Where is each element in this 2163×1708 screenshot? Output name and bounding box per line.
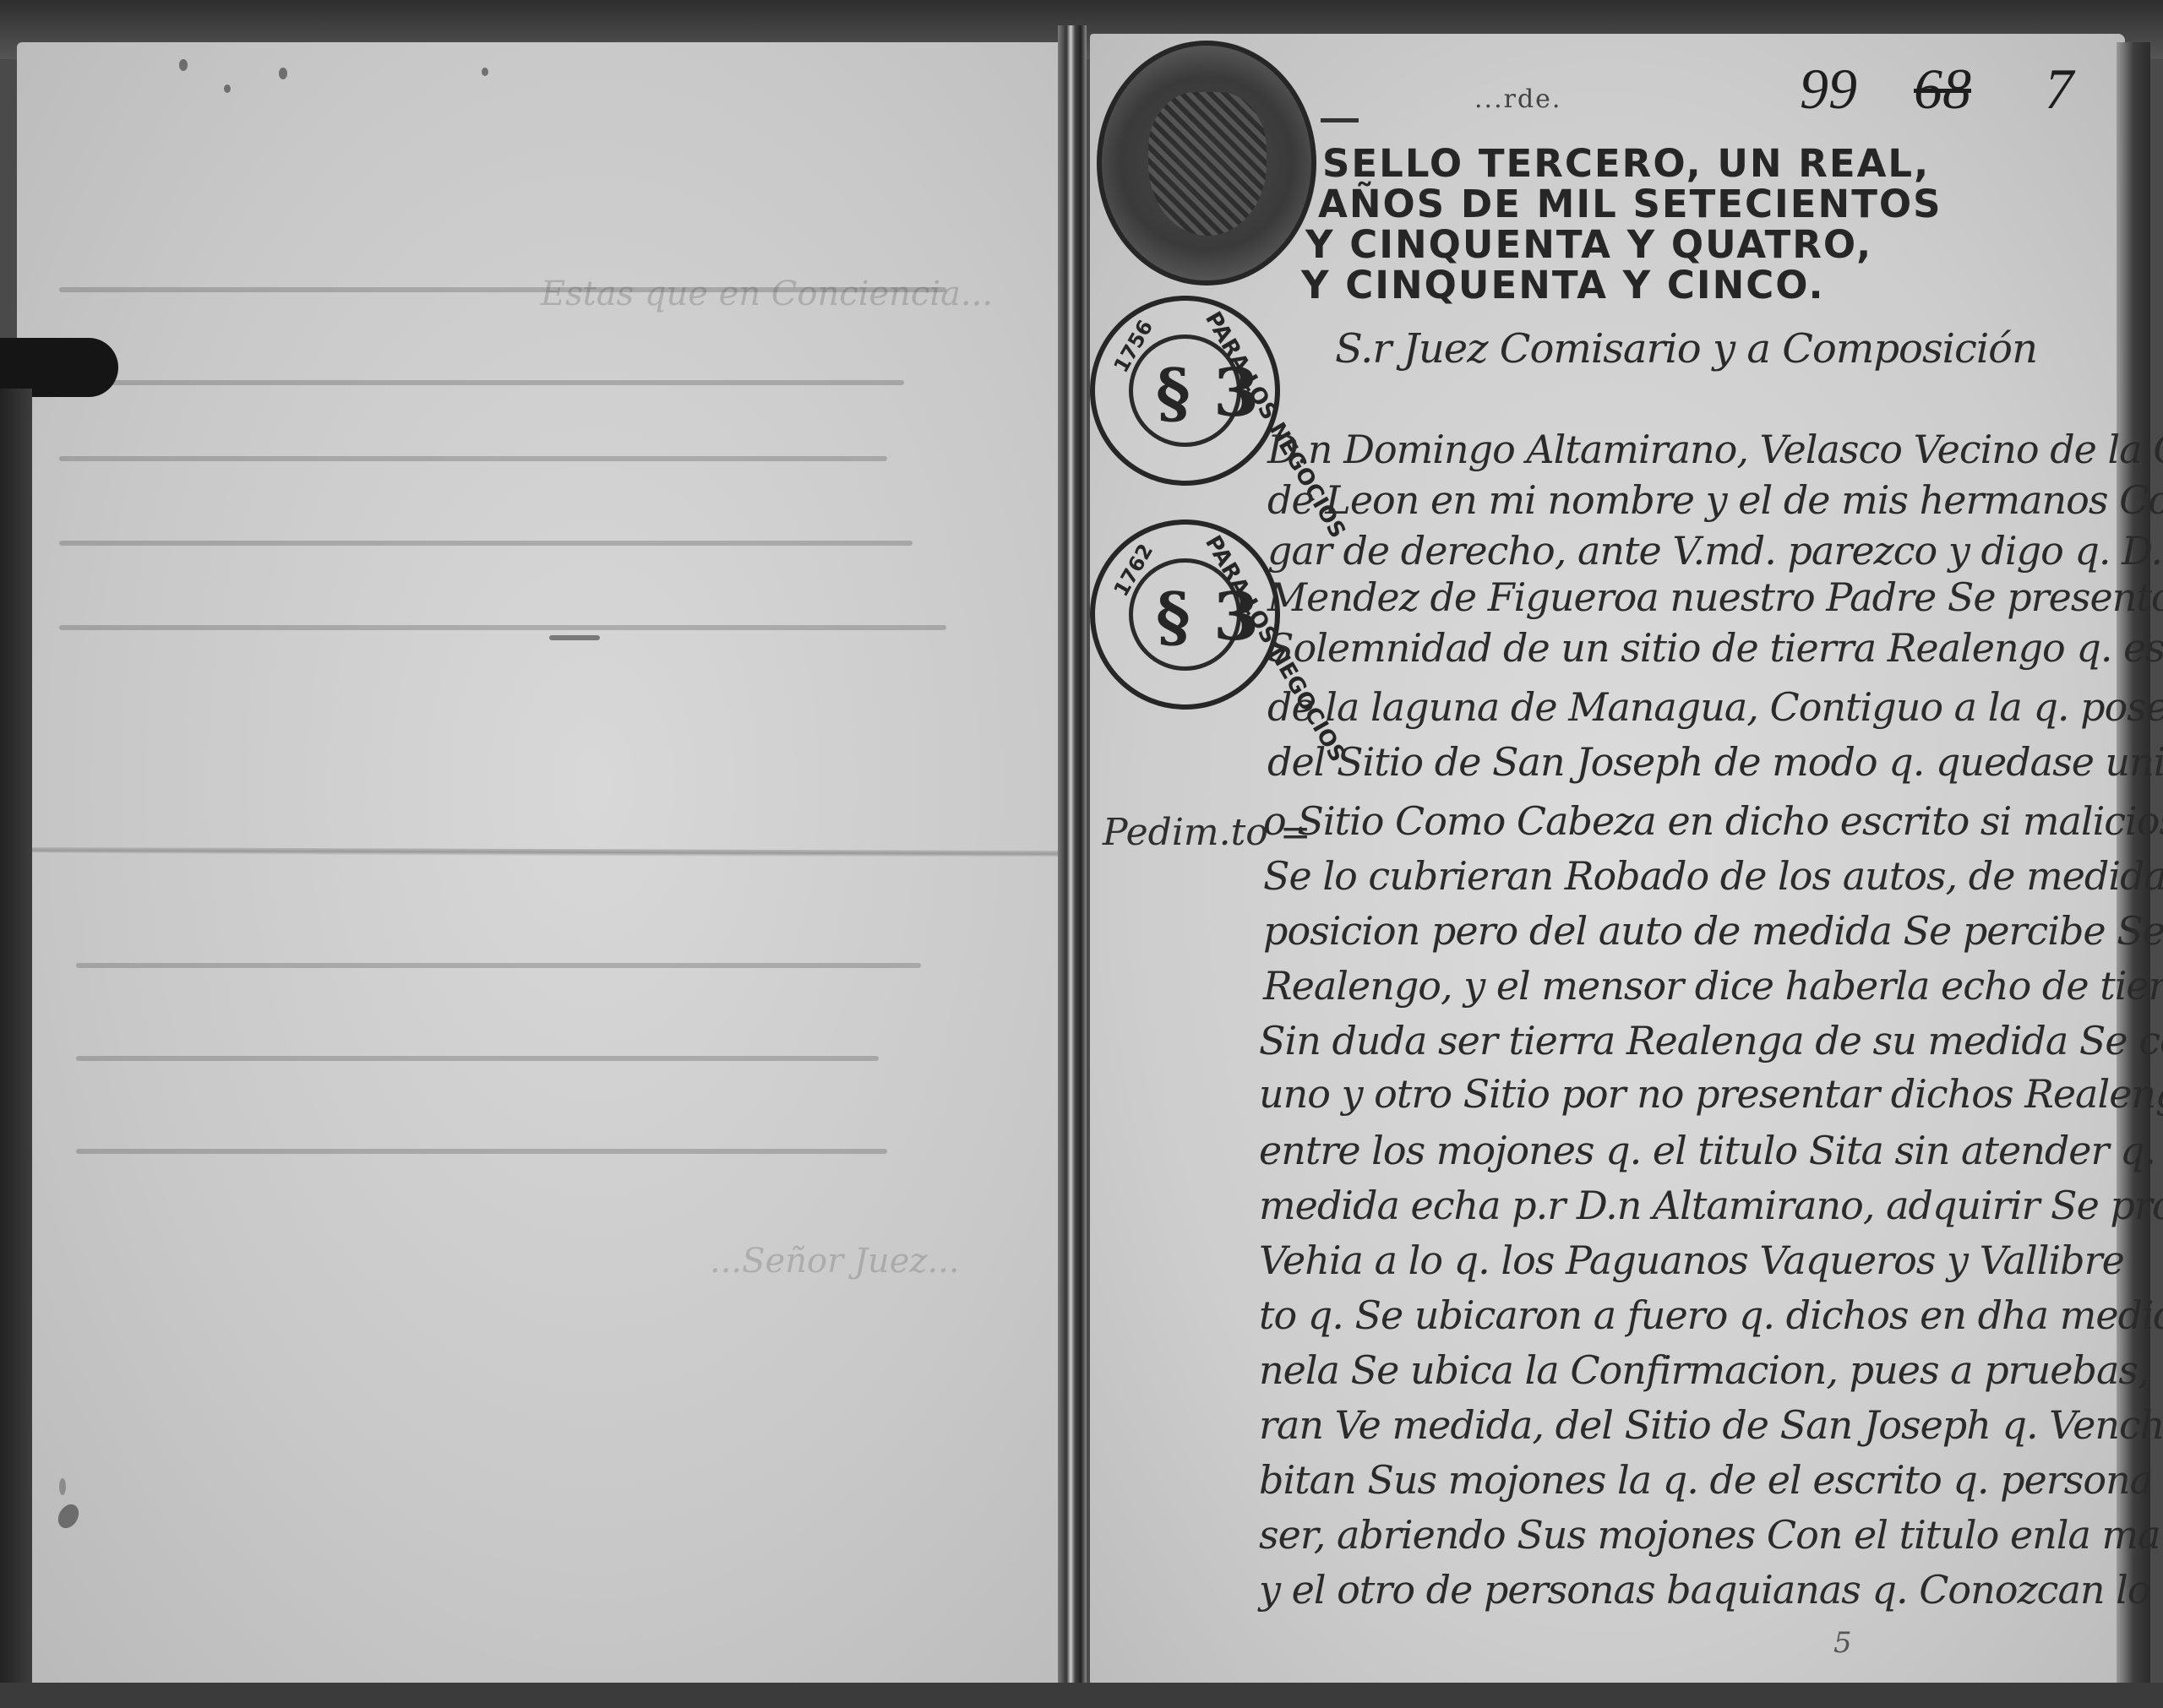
- ink-spot: [482, 68, 488, 76]
- manuscript-line: o Sitio Como Cabeza en dicho escrito si …: [1263, 798, 2163, 844]
- ink-spot: [224, 84, 231, 93]
- tax-stamp-1: § 3 PARA LOS NEGOCIOS 1756: [1090, 296, 1280, 486]
- manuscript-line: bitan Sus mojones la q. de el escrito q.…: [1259, 1457, 2163, 1503]
- manuscript-line: uno y otro Sitio por no presentar dichos…: [1259, 1071, 2163, 1117]
- bleed-through-line: [59, 625, 946, 630]
- header-dash: [1321, 118, 1359, 122]
- manuscript-line: posicion pero del auto de medida Se perc…: [1263, 908, 2163, 954]
- header-line: Y CINQUENTA Y CINCO.: [1301, 265, 1994, 306]
- royal-coat-of-arms-seal: [1097, 41, 1316, 286]
- page-holder-strip: [0, 389, 32, 1706]
- tax-stamp-2: § 3 PARA LOS NEGOCIOS 1762: [1090, 519, 1280, 710]
- bottom-mark: 5: [1833, 1626, 1852, 1660]
- manuscript-line: Vehia a lo q. los Paguanos Vaqueros y Va…: [1259, 1237, 2124, 1283]
- manuscript-line: entre los mojones q. el titulo Sita sin …: [1259, 1128, 2163, 1173]
- manuscript-line: nela Se ubica la Confirmacion, pues a pr…: [1259, 1347, 2163, 1393]
- folio-number: 99: [1800, 56, 1857, 122]
- bleed-through-line: [59, 541, 913, 546]
- header-line: SELLO TERCERO, UN REAL,: [1322, 144, 1994, 184]
- bleed-through-line: [76, 1149, 887, 1154]
- bleed-through-line: [76, 1056, 879, 1061]
- folio-number: 7: [2045, 56, 2073, 122]
- header-line: AÑOS DE MIL SETECIENTOS: [1318, 184, 1994, 225]
- manuscript-line: D.n Domingo Altamirano, Velasco Vecino d…: [1267, 427, 2163, 472]
- printed-stamp-header: SELLO TERCERO, UN REAL, AÑOS DE MIL SETE…: [1301, 144, 1994, 306]
- manuscript-line: ser, abriendo Sus mojones Con el titulo …: [1259, 1512, 2163, 1558]
- manuscript-line: Sin duda ser tierra Realenga de su medid…: [1259, 1018, 2163, 1063]
- manuscript-line: ran Ve medida, del Sitio de San Joseph q…: [1259, 1402, 2163, 1448]
- folio-number-struck: 68: [1914, 56, 1971, 122]
- header-line: Y CINQUENTA Y QUATRO,: [1305, 225, 1994, 265]
- manuscript-scan: Estas que en Conciencia... ...Señor Juez…: [0, 0, 2163, 1708]
- manuscript-line: y el otro de personas baquianas q. Conoz…: [1259, 1567, 2163, 1613]
- header-mark: ...rde.: [1474, 84, 1561, 114]
- bleed-through-line: [59, 380, 904, 385]
- scan-bottom-shadow: [0, 1683, 2163, 1708]
- coat-of-arms-icon: [1148, 92, 1267, 236]
- manuscript-line: medida echa p.r D.n Altamirano, adquirir…: [1259, 1183, 2163, 1228]
- manuscript-line: Mendez de Figueroa nuestro Padre Se pres…: [1267, 574, 2163, 620]
- bleed-through-text: Estas que en Conciencia...: [541, 275, 993, 313]
- manuscript-subtitle: S.r Juez Comisario y a Composición: [1335, 325, 2037, 373]
- bleed-through-text: ...Señor Juez...: [710, 1242, 960, 1281]
- manuscript-line: Solemnidad de un sitio de tierra Realeng…: [1267, 625, 2163, 671]
- manuscript-line: del Sitio de San Joseph de modo q. queda…: [1267, 739, 2163, 785]
- manuscript-line: de la laguna de Managua, Contiguo a la q…: [1267, 684, 2163, 730]
- book-gutter: [1058, 25, 1087, 1698]
- manuscript-line: to q. Se ubicaron a fuero q. dichos en d…: [1259, 1292, 2163, 1338]
- manuscript-line: de Leon en mi nombre y el de mis hermano…: [1267, 477, 2163, 523]
- bleed-through-line: [76, 963, 921, 968]
- manuscript-line: Se lo cubrieran Robado de los autos, de …: [1263, 853, 2163, 899]
- bleed-through-line: [59, 456, 887, 461]
- manuscript-line: gar de derecho, ante V.md. parezco y dig…: [1267, 528, 2163, 574]
- page-holder-tab: [0, 338, 118, 1689]
- manuscript-line: Realengo, y el mensor dice haberla echo …: [1263, 963, 2163, 1009]
- ink-spot: [179, 59, 188, 71]
- bleed-through-mark: [549, 635, 600, 640]
- ink-spot: [279, 68, 287, 79]
